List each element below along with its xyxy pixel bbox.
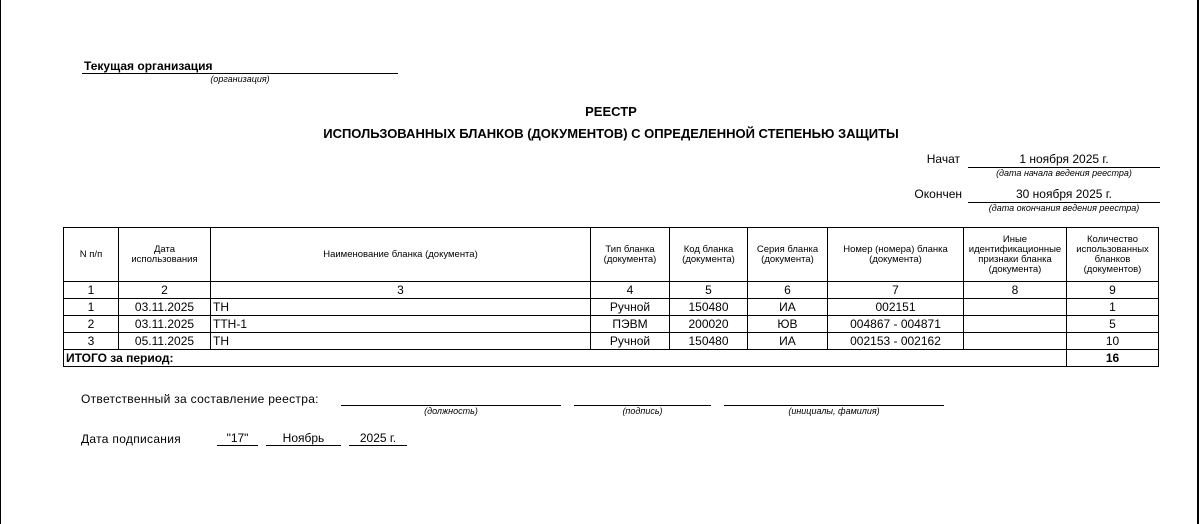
- row-series: ЮВ: [748, 316, 828, 333]
- column-number: 7: [828, 282, 964, 299]
- column-number: 9: [1067, 282, 1159, 299]
- row-type: Ручной: [591, 333, 670, 350]
- organization-name: Текущая организация: [84, 59, 213, 73]
- row-numbers: 004867 - 004871: [828, 316, 964, 333]
- row-name: ТТН-1: [211, 316, 591, 333]
- column-number: 1: [64, 282, 119, 299]
- responsible-label: Ответственный за составление реестра:: [81, 392, 319, 406]
- column-header: Иные идентификационные признаки бланка (…: [964, 228, 1067, 282]
- column-header: Серия бланка (документа): [748, 228, 828, 282]
- started-label: Начат: [900, 152, 960, 166]
- column-header: Дата использования: [119, 228, 211, 282]
- row-name: ТН: [211, 299, 591, 316]
- sign-day: "17": [217, 432, 258, 446]
- row-other: [964, 333, 1067, 350]
- row-date: 03.11.2025: [119, 316, 211, 333]
- column-number: 4: [591, 282, 670, 299]
- column-header: Код бланка (документа): [670, 228, 748, 282]
- ended-value: 30 ноября 2025 г.: [968, 187, 1160, 201]
- document-subtitle: ИСПОЛЬЗОВАННЫХ БЛАНКОВ (ДОКУМЕНТОВ) С ОП…: [0, 126, 1202, 141]
- sign-month: Ноябрь: [266, 432, 341, 446]
- position-caption: (должность): [341, 406, 561, 416]
- row-series: ИА: [748, 299, 828, 316]
- started-value: 1 ноября 2025 г.: [968, 152, 1160, 166]
- column-number: 6: [748, 282, 828, 299]
- column-number: 5: [670, 282, 748, 299]
- registry-table: N п/п Дата использования Наименование бл…: [63, 227, 1159, 367]
- row-numbers: 002151: [828, 299, 964, 316]
- name-caption: (инициалы, фамилия): [724, 406, 944, 416]
- document-title: РЕЕСТР: [0, 104, 1202, 119]
- row-other: [964, 299, 1067, 316]
- started-caption: (дата начала ведения реестра): [968, 168, 1160, 178]
- column-number: 3: [211, 282, 591, 299]
- column-header: Тип бланка (документа): [591, 228, 670, 282]
- row-number: 2: [64, 316, 119, 333]
- row-date: 03.11.2025: [119, 299, 211, 316]
- row-number: 1: [64, 299, 119, 316]
- row-quantity: 1: [1067, 299, 1159, 316]
- signature-caption: (подпись): [574, 406, 711, 416]
- row-code: 150480: [670, 333, 748, 350]
- sign-year: 2025 г.: [349, 432, 407, 446]
- total-row: ИТОГО за период: 16: [64, 350, 1159, 367]
- table-row: 1 03.11.2025 ТН Ручной 150480 ИА 002151 …: [64, 299, 1159, 316]
- row-name: ТН: [211, 333, 591, 350]
- row-quantity: 5: [1067, 316, 1159, 333]
- column-header: N п/п: [64, 228, 119, 282]
- ended-label: Окончен: [880, 187, 962, 201]
- row-code: 200020: [670, 316, 748, 333]
- column-number: 8: [964, 282, 1067, 299]
- row-other: [964, 316, 1067, 333]
- row-numbers: 002153 - 002162: [828, 333, 964, 350]
- total-quantity: 16: [1067, 350, 1159, 367]
- row-series: ИА: [748, 333, 828, 350]
- row-code: 150480: [670, 299, 748, 316]
- sign-date-label: Дата подписания: [81, 432, 181, 446]
- column-number-row: 1 2 3 4 5 6 7 8 9: [64, 282, 1159, 299]
- row-date: 05.11.2025: [119, 333, 211, 350]
- total-label: ИТОГО за период:: [64, 350, 1067, 367]
- row-quantity: 10: [1067, 333, 1159, 350]
- table-row: 2 03.11.2025 ТТН-1 ПЭВМ 200020 ЮВ 004867…: [64, 316, 1159, 333]
- column-header: Наименование бланка (документа): [211, 228, 591, 282]
- column-number: 2: [119, 282, 211, 299]
- table-header-row: N п/п Дата использования Наименование бл…: [64, 228, 1159, 282]
- ended-caption: (дата окончания ведения реестра): [968, 203, 1160, 213]
- table-row: 3 05.11.2025 ТН Ручной 150480 ИА 002153 …: [64, 333, 1159, 350]
- organization-caption: (организация): [82, 74, 398, 84]
- row-type: ПЭВМ: [591, 316, 670, 333]
- column-header: Количество использованных бланков (докум…: [1067, 228, 1159, 282]
- row-number: 3: [64, 333, 119, 350]
- row-type: Ручной: [591, 299, 670, 316]
- column-header: Номер (номера) бланка (документа): [828, 228, 964, 282]
